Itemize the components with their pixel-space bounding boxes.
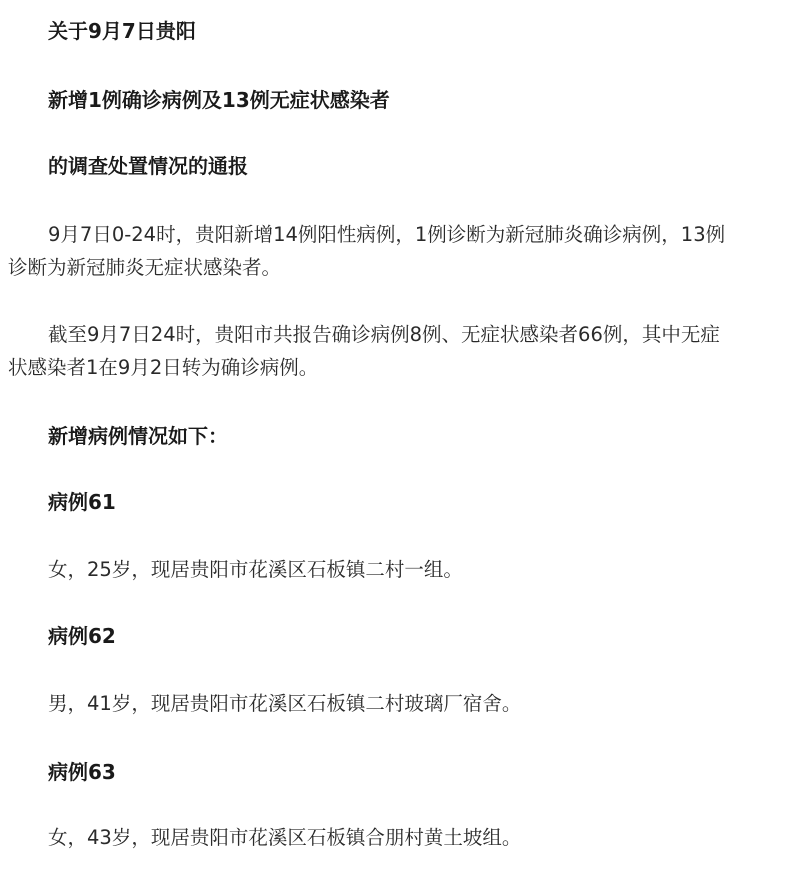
faint-watermark	[575, 838, 775, 868]
paragraph-2-line-2: 状感染者1在9月2日转为确诊病例。	[8, 356, 318, 380]
case-61-detail: 女，25岁，现居贵阳市花溪区石板镇二村一组。	[48, 558, 463, 582]
paragraph-1-line-2: 诊断为新冠肺炎无症状感染者。	[8, 256, 281, 280]
title-line-3: 的调查处置情况的通报	[48, 154, 248, 178]
case-63-heading: 病例63	[48, 760, 116, 784]
case-62-detail: 男，41岁，现居贵阳市花溪区石板镇二村玻璃厂宿舍。	[48, 692, 521, 716]
case-62-heading: 病例62	[48, 624, 116, 648]
section-heading: 新增病例情况如下：	[48, 424, 228, 448]
paragraph-2-line-1: 截至9月7日24时，贵阳市共报告确诊病例8例、无症状感染者66例，其中无症	[48, 323, 720, 347]
title-line-1: 关于9月7日贵阳	[48, 19, 196, 43]
case-63-detail: 女，43岁，现居贵阳市花溪区石板镇合朋村黄土坡组。	[48, 826, 521, 850]
title-line-2: 新增1例确诊病例及13例无症状感染者	[48, 88, 390, 112]
paragraph-1-line-1: 9月7日0-24时，贵阳新增14例阳性病例，1例诊断为新冠肺炎确诊病例，13例	[48, 223, 725, 247]
case-61-heading: 病例61	[48, 490, 116, 514]
